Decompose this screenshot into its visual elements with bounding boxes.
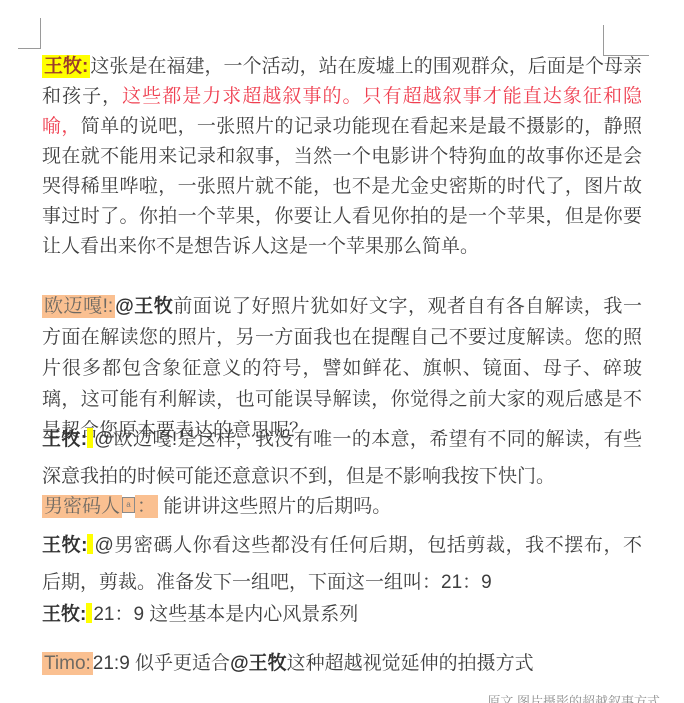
speaker-wangmu: 王牧: <box>42 535 87 556</box>
speaker-wangmu: 王牧: <box>42 604 86 625</box>
paragraph: 王牧:@男密碼人你看这些都没有任何后期，包括剪裁，我不摆布，不后期，剪裁。准备发… <box>42 527 642 601</box>
paragraph-text: 简单的说吧，一张照片的记录功能现在看起来是最不摄影的，静照现在就不能用来记录和叙… <box>42 116 642 257</box>
paragraph: 男密码人a： 能讲讲这些照片的后期吗。 <box>42 491 642 522</box>
yellow-highlight-stripe <box>87 534 93 554</box>
paragraph-text: 前面说了好照片犹如好文字，观者自有各自解读，我一方面在解读您的照片，另一方面我也… <box>42 296 642 441</box>
paragraph: 王牧:这张是在福建，一个活动，站在废墟上的围观群众，后面是个母亲和孩子，这些都是… <box>42 52 642 262</box>
yellow-highlight-stripe <box>87 428 93 448</box>
mention-wangmu: @王牧 <box>115 296 173 317</box>
paragraph-text: 21：9 这些基本是内心风景系列 <box>93 604 358 625</box>
speaker-wangmu: 王牧: <box>42 429 87 450</box>
paragraph: 王牧:21：9 这些基本是内心风景系列 <box>42 599 642 630</box>
yellow-highlight-stripe <box>86 603 92 623</box>
paragraph-text: 能讲讲这些照片的后期吗。 <box>158 496 391 517</box>
speaker-nanmimaren: 男密码人 <box>42 495 122 518</box>
mention-wangmu: @王牧 <box>230 653 287 674</box>
paragraph-text: @欧迈嘎!是这样，我没有唯一的本意，希望有不同的解读，有些深意我拍的时候可能还意… <box>42 429 642 487</box>
speaker-colon: ： <box>135 495 158 518</box>
paragraph-text: 这种超越视觉延伸的拍摄方式 <box>287 653 534 674</box>
paragraph: Timo:21:9 似乎更适合@王牧这种超越视觉延伸的拍摄方式 <box>42 648 642 679</box>
missing-glyph-box: a <box>122 497 135 513</box>
paragraph-text: 21:9 似乎更适合 <box>93 653 230 674</box>
paragraph-text: @男密碼人你看这些都没有任何后期，包括剪裁，我不摆布，不后期，剪裁。准备发下一组… <box>42 535 642 593</box>
margin-crop-mark-top-left <box>18 18 41 49</box>
page-bottom-cutoff-text: 原文 图片摄影的超越叙事方式 <box>487 693 660 703</box>
speaker-oumaiga: 欧迈嘎!: <box>42 295 115 318</box>
speaker-wangmu: 王牧: <box>42 55 90 78</box>
speaker-timo: Timo: <box>42 652 93 675</box>
paragraph: 王牧:@欧迈嘎!是这样，我没有唯一的本意，希望有不同的解读，有些深意我拍的时候可… <box>42 421 642 495</box>
